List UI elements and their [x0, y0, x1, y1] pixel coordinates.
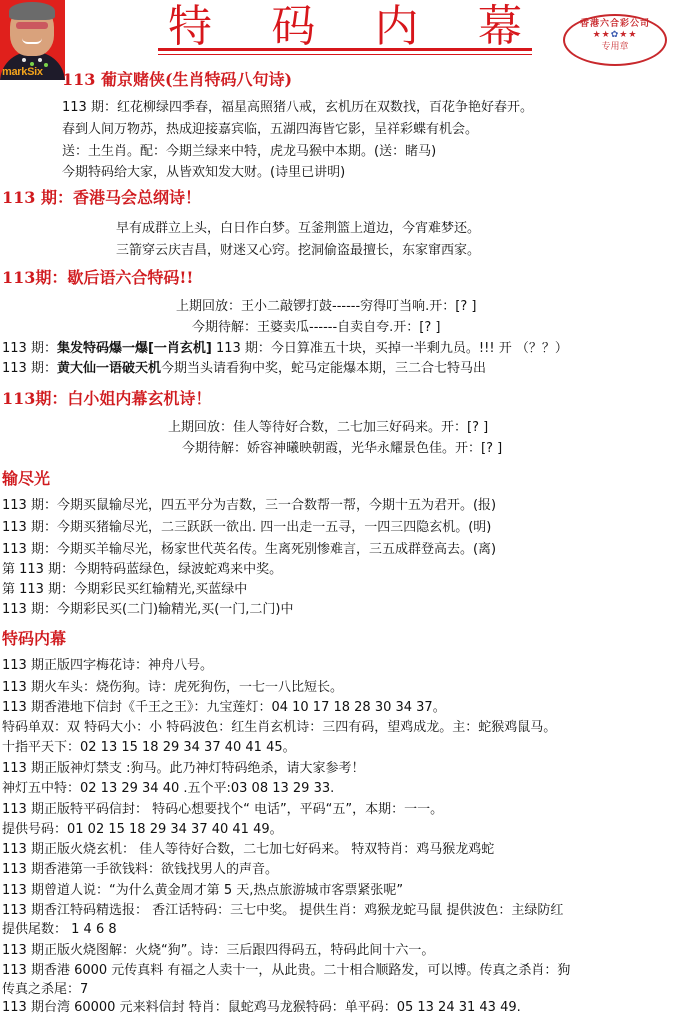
- decor-dot: [22, 58, 26, 62]
- list-item: 113 期：今期买羊输尽光，杨家世代英名传。生离死别惨难言，三五成群登高去。(离…: [2, 540, 496, 560]
- list-item: 113 期曾道人说：“为什么黄金周才第 5 天,热点旅游城市客票紧张呢”: [2, 881, 403, 901]
- stamp-stars-row: ★★✿★★: [565, 30, 665, 41]
- list-item: 113 期：今期买猪输尽光，二三跃跃一欲出. 四一出走一五寻，一四三四隐玄机。(…: [2, 518, 491, 538]
- title-char: 幕: [478, 2, 522, 52]
- section-heading-hk-poem: 113 期：香港马会总纲诗！: [2, 188, 201, 208]
- list-item: 特码单双：双 特码大小：小 特码波色：红生肖玄机诗：三四有码，望鸡成龙。主：蛇猴…: [2, 718, 556, 738]
- tip-line: 113 期：黄大仙一语破天机今期当头请看狗中奖，蛇马定能爆本期，三二合七特马出: [2, 359, 486, 379]
- list-item: 113 期：今期买鼠输尽光，四五平分为吉数，三一合数帮一帮，今期十五为君开。(报…: [2, 496, 496, 516]
- list-item: 113 期香港地下信封《千王之王》：九宝莲灯：04 10 17 18 28 30…: [2, 698, 446, 718]
- tip-prefix: 113 期：: [2, 361, 57, 376]
- list-item: 神灯五中特：02 13 29 34 40 .五个平:03 08 13 29 33…: [2, 779, 334, 799]
- tip-text: 今期当头请看狗中奖，蛇马定能爆本期，三二合七特马出: [161, 361, 486, 376]
- tip-prefix: 113 期：: [2, 341, 57, 356]
- avatar-hair: [9, 2, 55, 20]
- list-item: 113 期正版神灯禁支 :狗马。此乃神灯特码绝杀，请大家参考！: [2, 759, 364, 779]
- title-underline-thin: [158, 54, 532, 55]
- section-heading-miss-bai: 113期：白小姐内幕玄机诗！: [2, 389, 211, 409]
- list-item: 113 期正版特平码信封： 特码心想要找个“ 电话”，平码“五”，本期：一一。: [2, 800, 443, 820]
- tip-bold-title: 黄大仙一语破天机: [57, 361, 161, 376]
- title-char: 内: [375, 2, 419, 52]
- list-item: 113 期火车头：烧伤狗。诗：虎死狗伤，一七一八比短长。: [2, 678, 343, 698]
- title-char: 码: [271, 2, 315, 52]
- list-item: 113 期正版火烧玄机： 佳人等待好合数，二七加七好码来。 特双特肖：鸡马猴龙鸡…: [2, 840, 494, 860]
- list-item: 113 期正版火烧图解：火烧“狗”。诗：三后跟四得码五，特码此间十六一。: [2, 941, 434, 961]
- poem-line: 送：土生肖。配：今期兰绿来中特，虎龙马猴中本期。(送：睹马): [62, 142, 436, 162]
- poem-line: 今期特码给大家，从皆欢知发大财。(诗里已讲明): [62, 163, 345, 183]
- poem-line: 早有成群立上头，白日作白梦。互釜荆篮上道边，今宵难梦还。: [116, 219, 480, 239]
- poem-line: 春到人间万物苏，热成迎接嘉宾临，五湖四海皆它影，呈祥彩蝶有机会。: [62, 120, 478, 140]
- list-item: 113 期：今期彩民买(二门)输精光,买(一门,二门)中: [2, 600, 294, 620]
- brand-label: markSix: [2, 66, 43, 78]
- riddle-line: 上期回放：王小二敲锣打鼓------穷得叮当响.开：[? ]: [176, 297, 476, 317]
- title-char: 特: [168, 2, 212, 52]
- flower-icon: ✿: [611, 30, 620, 40]
- poem-line: 三箭穿云庆吉昌，财迷又心窍。挖洞偷盗最擅长，东家窜西家。: [116, 241, 480, 261]
- tip-text: 113 期：今日算准五十块，买掉一半剩九员。!!! 开 （？？）: [212, 341, 568, 356]
- star-icon: ★★: [619, 30, 637, 40]
- poem-line: 113 期：红花柳绿四季春，福星高照猪八戒，玄机历在双数找，百花争艳好春开。: [62, 98, 533, 118]
- avatar-glasses: [16, 22, 48, 29]
- stamp-label: 专用章: [565, 41, 665, 53]
- poem-line: 上期回放：佳人等待好合数，二七加三好码来。开：[? ]: [168, 418, 488, 438]
- list-item: 113 期香港 6000 元传真料 有福之人卖十一，从此贵。二十相合顺路发，可以…: [2, 961, 570, 981]
- section-heading-macau: 113 葡京赌侠(生肖特码八句诗): [62, 70, 292, 90]
- title-underline: [158, 48, 532, 51]
- section-heading-lose-all: 输尽光: [2, 469, 50, 489]
- avatar-logo-image: markSix: [0, 0, 65, 80]
- page-title: 特 码 内 幕: [160, 2, 530, 54]
- decor-dot: [38, 58, 42, 62]
- list-item: 113 期台湾 60000 元来料信封 特肖：鼠蛇鸡马龙猴特码：单平码：05 1…: [2, 998, 521, 1017]
- list-item: 提供号码：01 02 15 18 29 34 37 40 41 49。: [2, 820, 283, 840]
- list-item: 传真之杀尾：7: [2, 980, 88, 1000]
- riddle-line: 今期待解：王婆卖瓜------自卖自夸.开：[? ]: [192, 318, 440, 338]
- list-item: 十指平天下：02 13 15 18 29 34 37 40 41 45。: [2, 738, 296, 758]
- section-heading-xiehouyu: 113期：歇后语六合特码!!: [2, 268, 193, 288]
- list-item: 113 期香江特码精选报： 香江话特码：三七中奖。 提供生肖：鸡猴龙蛇马鼠 提供…: [2, 901, 563, 921]
- list-item: 提供尾数： 1 4 6 8: [2, 920, 117, 940]
- list-item: 113 期正版四字梅花诗：神舟八号。: [2, 656, 213, 676]
- list-item: 第 113 期：今期彩民买红输精光,买蓝绿中: [2, 580, 247, 600]
- avatar-smile: [22, 38, 42, 44]
- poem-line: 今期待解：娇容神曦映朝霞，光华永耀景色佳。开：[? ]: [182, 439, 502, 459]
- tip-bold-title: 集发特码爆一爆[一肖玄机]: [57, 341, 212, 356]
- official-stamp: 香港六合彩公司 ★★✿★★ 专用章: [563, 14, 667, 66]
- star-icon: ★★: [593, 30, 611, 40]
- stamp-company: 香港六合彩公司: [565, 19, 665, 30]
- tip-line: 113 期：集发特码爆一爆[一肖玄机] 113 期：今日算准五十块，买掉一半剩九…: [2, 339, 568, 359]
- list-item: 113 期香港第一手欲钱料：欲钱找男人的声音。: [2, 860, 278, 880]
- decor-dot: [44, 63, 48, 67]
- section-heading-inside: 特码内幕: [2, 629, 66, 649]
- list-item: 第 113 期：今期特码蓝绿色，绿波蛇鸡来中奖。: [2, 560, 282, 580]
